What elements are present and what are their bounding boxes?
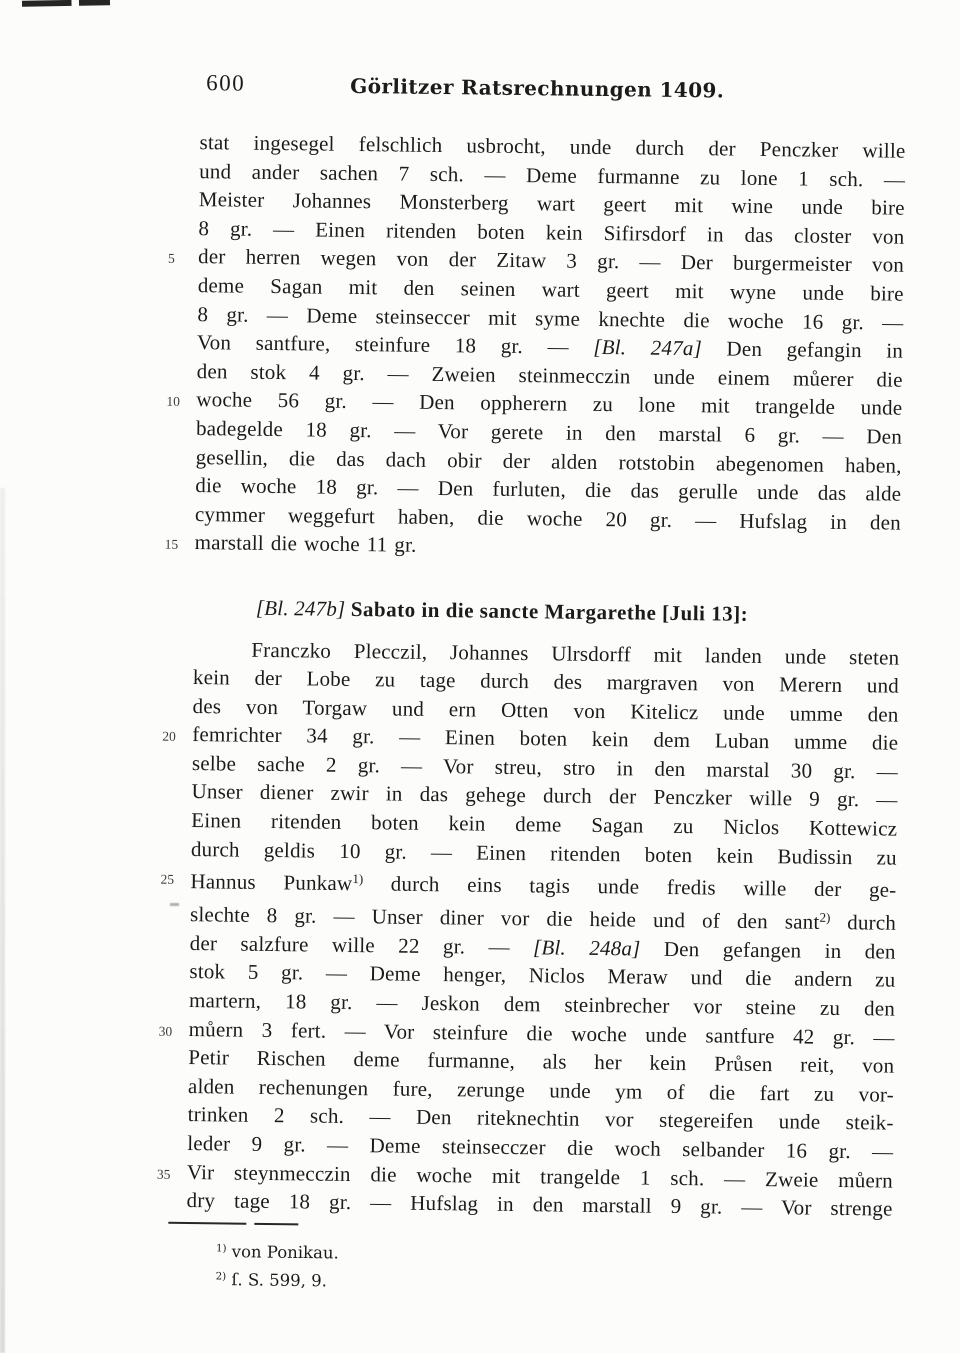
margin-line-number: 15 <box>164 531 186 560</box>
margin-line-number: 25 <box>160 866 182 895</box>
page-content: 600 Görlitzer Ratsrechnungen 1409. stat … <box>185 70 910 1329</box>
text-segment: dry tage 18 gr. — Hufslag in den marstal… <box>186 1188 892 1221</box>
scan-artifact-left-edge <box>0 488 5 1353</box>
running-title: Görlitzer Ratsrechnungen 1409. <box>350 74 724 103</box>
text-segment: marstall die woche 11 gr. <box>194 530 416 557</box>
footnote-ref: 2) <box>216 1271 227 1282</box>
text-segment: durch eins tagis unde fredis wille der g… <box>363 872 897 903</box>
text-segment: Von santfure, steinfure 18 gr. — <box>197 330 594 359</box>
footnote-ref: 1) <box>352 871 363 886</box>
text-segment: Den gefangen in den <box>640 936 895 963</box>
footnotes: 1) von Ponikau.2) ſ. S. 599, 9. <box>215 1236 856 1299</box>
footnote-separator-segment <box>254 1223 298 1226</box>
margin-line-number: 30 <box>158 1017 180 1046</box>
text-segment: Den gefangin in <box>702 336 903 362</box>
scanned-book-page: 600 Görlitzer Ratsrechnungen 1409. stat … <box>0 0 960 1353</box>
margin-line-number: 35 <box>157 1160 179 1189</box>
section-heading: [Bl. 247b] Sabato in die sancte Margaret… <box>194 593 900 630</box>
text-segment: der salzfure wille 22 gr. — <box>190 931 534 959</box>
page-number: 600 <box>206 70 245 96</box>
text-segment: Sabato in die sancte Margarethe [Juli 13… <box>351 597 749 626</box>
text-segment: [Bl. 247a] <box>593 335 702 360</box>
footnote-separator <box>168 1222 308 1227</box>
running-header: 600 Görlitzer Ratsrechnungen 1409. <box>200 70 910 115</box>
text-segment: ſ. S. 599, 9. <box>226 1270 327 1290</box>
scan-artifact-speck <box>170 903 179 906</box>
margin-line-number: 20 <box>162 723 184 752</box>
footnote-separator-segment <box>168 1222 246 1225</box>
text-segment: Hannus Punkaw <box>190 869 352 895</box>
text-segment: [Bl. 248a] <box>533 935 641 960</box>
footnote-ref: 1) <box>216 1243 227 1254</box>
text-segment: durch <box>830 910 896 935</box>
scan-artifact-top-left <box>22 0 110 7</box>
footnote-ref: 2) <box>819 910 830 925</box>
text-segment: von Ponikau. <box>226 1242 339 1262</box>
text-segment: [Bl. 247b] <box>256 596 351 621</box>
margin-line-number: 5 <box>168 245 190 274</box>
text-column: stat ingesegel felschlich usbrocht, unde… <box>186 128 905 1223</box>
margin-line-number: 10 <box>166 388 188 417</box>
